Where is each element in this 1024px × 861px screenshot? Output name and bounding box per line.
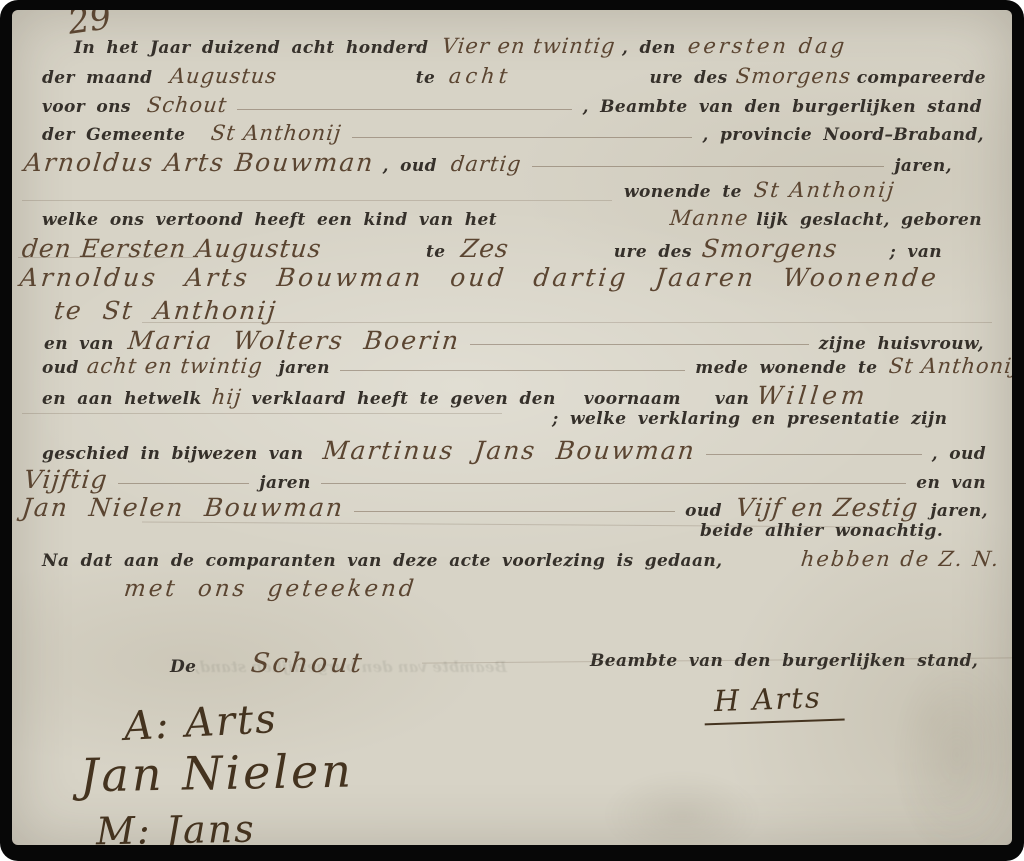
form-line-7: welke ons vertoond heeft een kind van he… (42, 206, 982, 230)
signature-m-jans: M: Jans (96, 807, 256, 845)
handwritten-father-residence: te St Anthonij (52, 296, 278, 325)
form-line-8: den Eersten Augustus te Zes ure des Smor… (22, 234, 942, 263)
fill-rule (118, 483, 250, 484)
handwritten-witness2-name: Jan Nielen Bouwman (20, 493, 345, 522)
printed-text: oud (685, 501, 722, 521)
printed-registrar-label: Beambte van den burgerlijken stand, (590, 651, 978, 671)
printed-text: ; welke verklaring en presentatie zijn (552, 409, 947, 429)
handwritten-mother-residence: St Anthonij (888, 354, 1012, 378)
handwritten-daypart: Smorgens (734, 64, 852, 88)
printed-text: geschied in bijwezen van (42, 444, 303, 464)
printed-text: verklaard heeft te geven den (251, 389, 555, 409)
fill-rule (706, 454, 921, 455)
handwritten-pronoun: hij (210, 385, 242, 409)
form-line-20: met ons geteekend (124, 576, 417, 602)
handwritten-official-title: Schout (146, 93, 229, 117)
form-line-5: Arnoldus Arts Bouwman , oud dartig jaren… (24, 148, 952, 177)
form-line-15: geschied in bijwezen van Martinus Jans B… (42, 436, 986, 465)
handwritten-declarant-name: Arnoldus Arts Bouwman (22, 148, 376, 177)
printed-text: en van (44, 334, 114, 354)
form-line-11: en van Maria Wolters Boerin zijne huisvr… (44, 326, 984, 355)
printed-text: beide alhier wonachtig. (700, 521, 943, 541)
handwritten-age: dartig (450, 152, 523, 176)
printed-text: In het Jaar duizend acht honderd (74, 38, 428, 58)
printed-text: jaren, (894, 156, 952, 176)
handwritten-year: Vier en twintig (441, 34, 617, 58)
form-ruling (22, 413, 502, 414)
handwritten-hour: acht (448, 64, 513, 88)
form-line-18: beide alhier wonachtig. (700, 521, 943, 541)
form-line-1: In het Jaar duizend acht honderd Vier en… (74, 34, 847, 58)
footer-right: Beambte van den burgerlijken stand, (590, 651, 978, 671)
fill-rule (532, 166, 885, 167)
printed-text: jaren (279, 358, 330, 378)
form-line-14: ; welke verklaring en presentatie zijn (552, 409, 947, 429)
bleed-through-spot (602, 770, 762, 845)
printed-text: der Gemeente (42, 125, 185, 145)
fill-rule (354, 511, 675, 512)
handwritten-closing-2: met ons geteekend (123, 576, 418, 602)
handwritten-residence: St Anthonij (753, 178, 897, 202)
printed-text: welke ons vertoond heeft een kind van he… (42, 210, 497, 230)
printed-text: der maand (42, 68, 152, 88)
handwritten-mother-age: acht en twintig (86, 354, 264, 378)
form-line-2: der maand Augustus te acht ure des Smorg… (42, 64, 986, 88)
handwritten-witness1-age: Vijftig (22, 465, 109, 494)
handwritten-gender: Manne (668, 206, 749, 230)
handwritten-birth-daypart: Smorgens (700, 234, 839, 263)
printed-text: ; van (890, 242, 942, 262)
fill-rule (237, 109, 572, 110)
printed-de-label: De (170, 657, 196, 677)
printed-text: en van (916, 473, 986, 493)
form-ruling (22, 200, 612, 201)
printed-text: jaren, (930, 501, 988, 521)
footer-left: De Schout (170, 648, 365, 679)
printed-text: ure des (649, 68, 727, 88)
printed-text: , provincie Noord–Braband, (702, 125, 984, 145)
printed-text: te (416, 68, 435, 88)
handwritten-municipality: St Anthonij (210, 121, 343, 145)
form-line-19: Na dat aan de comparanten van deze acte … (42, 547, 1000, 571)
printed-text: te (426, 242, 445, 262)
handwritten-father-line: Arnoldus Arts Bouwman oud dartig Jaaren … (18, 263, 940, 292)
form-line-10: te St Anthonij (54, 296, 277, 325)
printed-text: zijne huisvrouw, (819, 334, 984, 354)
fill-rule (470, 344, 809, 345)
printed-text: mede wonende te (695, 358, 877, 378)
printed-text: wonende te (624, 182, 742, 202)
printed-text: compareerde (857, 68, 986, 88)
form-line-9: Arnoldus Arts Bouwman oud dartig Jaaren … (20, 263, 939, 292)
handwritten-first-name: Willem (756, 381, 871, 410)
handwritten-day: eersten dag (687, 34, 849, 58)
form-line-6: wonende te St Anthonij (624, 178, 895, 202)
handwritten-schout: Schout (250, 648, 367, 679)
printed-text: oud (42, 358, 79, 378)
handwritten-birth-hour: Zes (460, 234, 511, 263)
form-line-12: oud acht en twintig jaren mede wonende t… (42, 354, 1012, 378)
form-line-3: voor ons Schout , Beambte van den burger… (42, 93, 982, 117)
form-line-16: Vijftig jaren en van (24, 465, 986, 494)
printed-text: ure des (614, 242, 692, 262)
handwritten-closing: hebben de Z. N. (799, 547, 1001, 571)
printed-text: , den (622, 38, 676, 58)
handwritten-mother-name: Maria Wolters Boerin (126, 326, 461, 355)
signature-a-arts: A: Arts (123, 696, 279, 750)
fill-rule (352, 137, 692, 138)
printed-text: en aan hetwelk (42, 389, 202, 409)
registrar-signature: H Arts (703, 680, 844, 726)
printed-text: jaren (259, 473, 310, 493)
printed-text: voornaam (584, 389, 681, 409)
printed-text: van (715, 389, 749, 409)
bleed-through-spot (892, 650, 1012, 845)
printed-text: , Beambte van den burgerlijken stand (582, 97, 982, 117)
handwritten-witness2-age: Vijf en Zestig (734, 493, 920, 522)
form-line-4: der Gemeente St Anthonij , provincie Noo… (42, 121, 984, 145)
handwritten-witness1-name: Martinus Jans Bouwman (322, 436, 698, 465)
handwritten-month: Augustus (169, 64, 279, 88)
fill-rule (340, 370, 685, 371)
printed-text: , oud (383, 156, 437, 176)
fill-rule (321, 483, 907, 484)
printed-text: Na dat aan de comparanten van deze acte … (42, 551, 722, 571)
printed-text: lijk geslacht, geboren (756, 210, 982, 230)
handwritten-birthdate: den Eersten Augustus (20, 234, 323, 263)
printed-text: , oud (932, 444, 986, 464)
document-page: 29 In het Jaar duizend acht honderd Vier… (12, 10, 1012, 845)
form-line-17: Jan Nielen Bouwman oud Vijf en Zestig ja… (22, 493, 988, 522)
signature-jan-nielen: Jan Nielen (80, 744, 355, 803)
scan-frame: 29 In het Jaar duizend acht honderd Vier… (0, 0, 1024, 861)
form-line-13: en aan hetwelk hij verklaard heeft te ge… (42, 381, 996, 410)
printed-text: voor ons (42, 97, 131, 117)
